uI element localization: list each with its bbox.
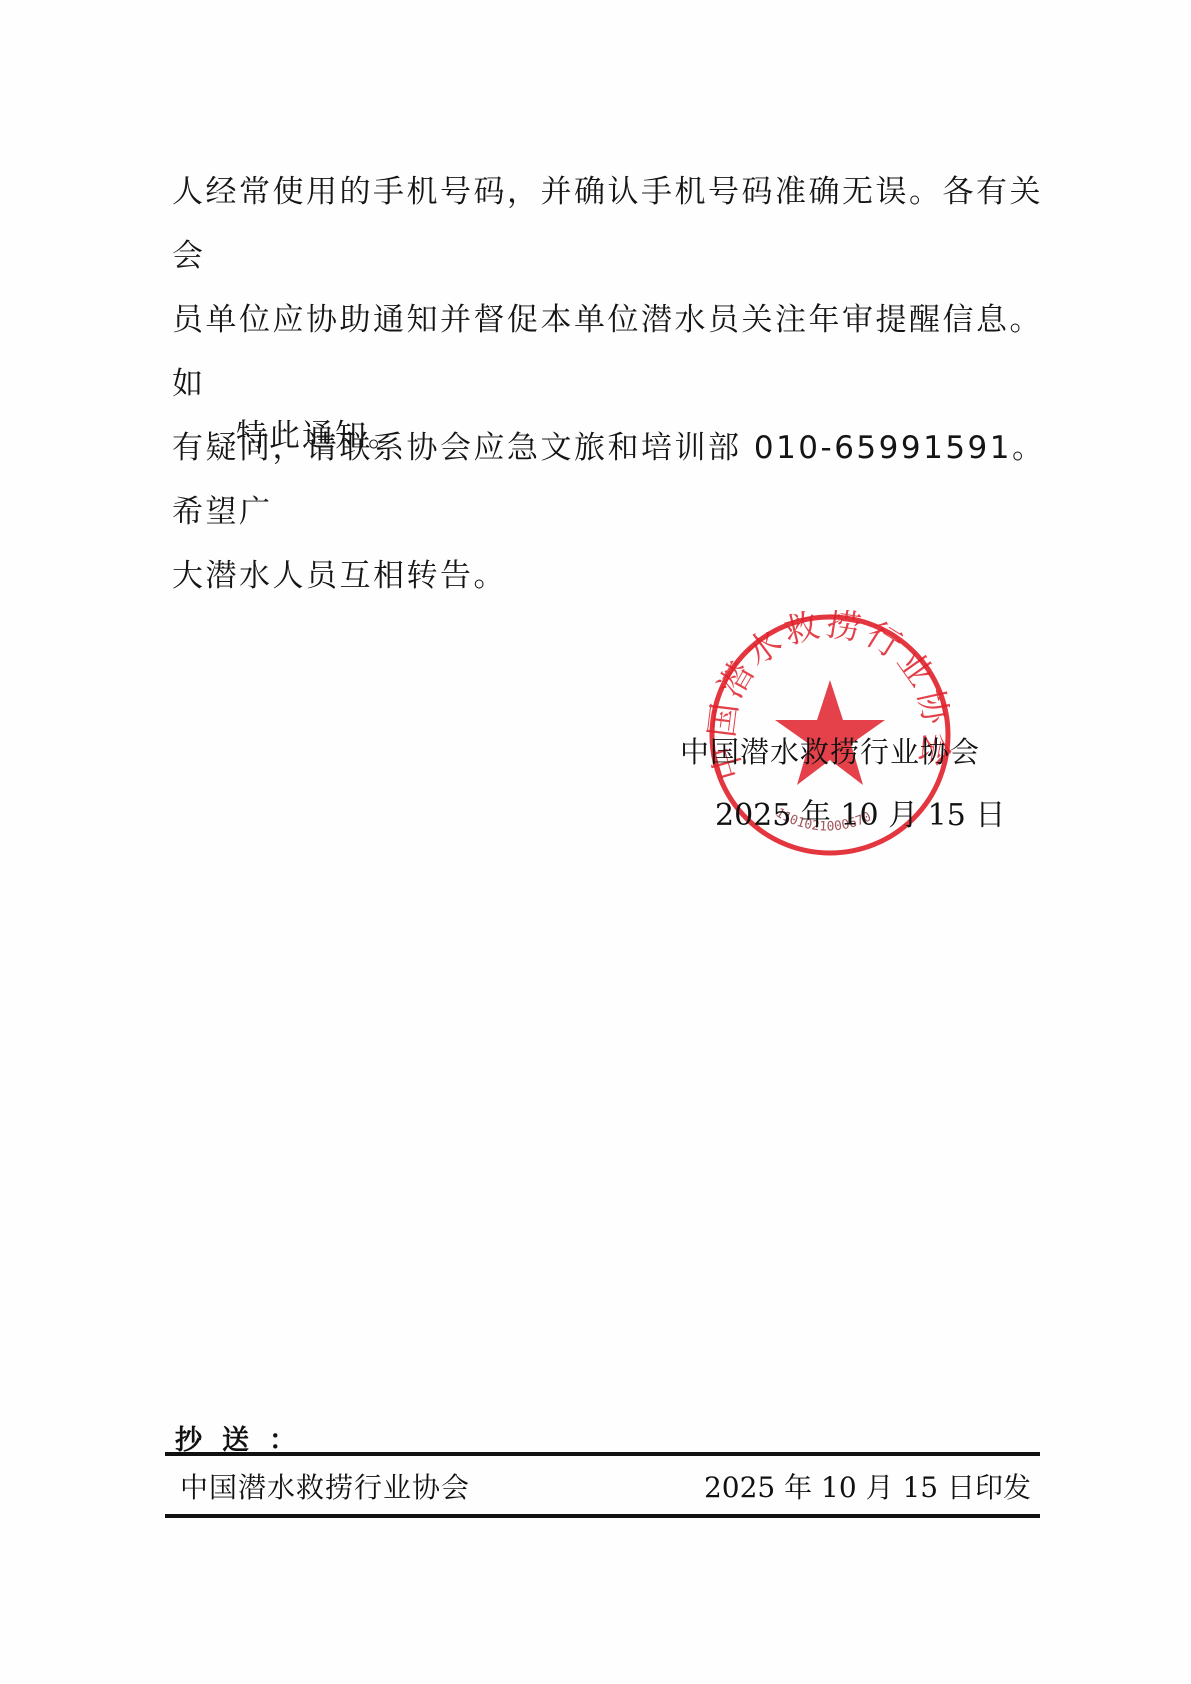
document-page: 人经常使用的手机号码，并确认手机号码准确无误。各有关会 员单位应协助通知并督促本…: [0, 0, 1191, 1684]
footer-rule-top: [165, 1452, 1040, 1456]
body-line-2: 员单位应协助通知并督促本单位潜水员关注年审提醒信息。如: [172, 288, 1052, 416]
body-line-1: 人经常使用的手机号码，并确认手机号码准确无误。各有关会: [172, 160, 1052, 288]
issue-date: 2025 年 10 月 15 日印发: [704, 1466, 1031, 1506]
body-line-4: 大潜水人员互相转告。: [172, 544, 1052, 608]
footer-rule-bottom: [165, 1514, 1040, 1518]
body-text: 人经常使用的手机号码，并确认手机号码准确无误。各有关会 员单位应协助通知并督促本…: [172, 160, 1052, 608]
closing-text: 特此通知。: [236, 410, 401, 455]
signature-date: 2025 年 10 月 15 日: [715, 790, 1005, 834]
issuer-name: 中国潜水救捞行业协会: [180, 1466, 470, 1506]
signature-organization: 中国潜水救捞行业协会: [680, 730, 980, 771]
